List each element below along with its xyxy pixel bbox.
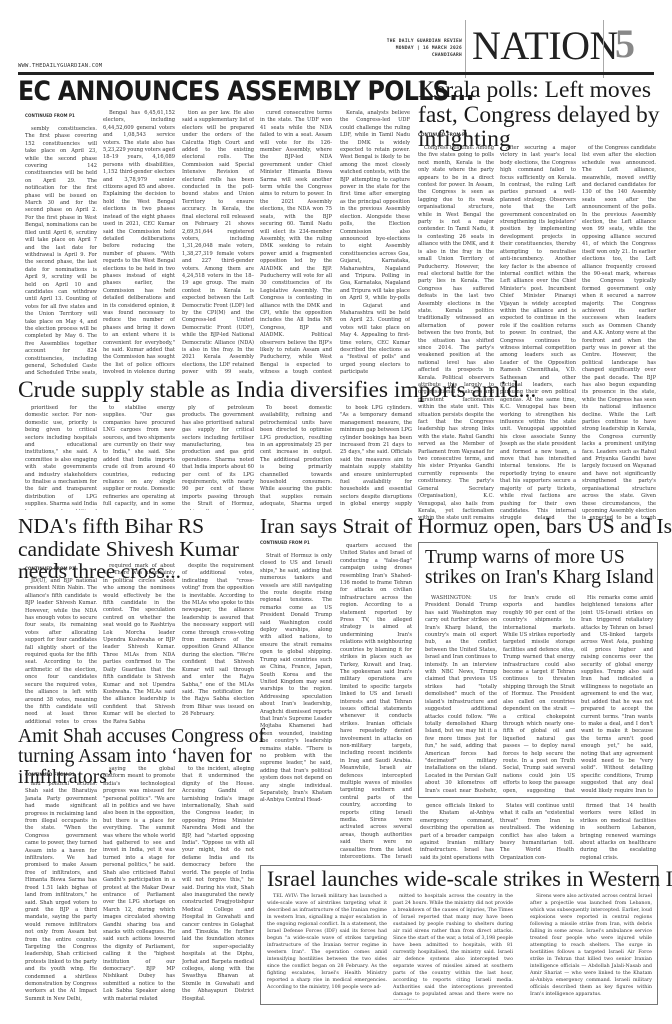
article-column: saying the global platform meant to prom… bbox=[103, 766, 175, 1006]
article-column: to book LPG cylinders. "As a temporary d… bbox=[340, 405, 412, 510]
issue-date: MONDAY | 16 MARCH 2026 bbox=[387, 45, 462, 52]
article-column: tion as per law. He also said a suppleme… bbox=[182, 110, 254, 376]
article-column: ply of petroleum products. The governmen… bbox=[182, 405, 254, 510]
article-column: to the incident, alleging that it underm… bbox=[182, 766, 254, 1006]
article-column: WASHINGTON: US President Donald Trump ha… bbox=[425, 595, 497, 793]
article-column: After securing a major victory in last y… bbox=[500, 145, 576, 520]
headline-crude: Crude supply stable as India diversifies… bbox=[18, 378, 536, 403]
article-column: States will continue until what it calls… bbox=[500, 803, 574, 861]
edition-city: CHANDIGARH bbox=[387, 52, 462, 59]
section-title: NATION bbox=[472, 22, 618, 69]
article-column: TEL AVIV: The Israeli military has launc… bbox=[267, 893, 387, 1000]
article-column: Kerala, analysts believe the Congress-le… bbox=[340, 110, 410, 376]
masthead-divider bbox=[603, 20, 604, 78]
headline-iran: Iran says Strait of Hormuz open, bars US… bbox=[260, 515, 672, 538]
article-column: quarters accused the United States and I… bbox=[340, 543, 412, 858]
article-column: sembly constituencies. The first phase c… bbox=[25, 126, 97, 376]
headline-ec: EC ANNOUNCES ASSEMBLY POLLS... bbox=[18, 78, 474, 106]
article-column: To boost domestic availability, refining… bbox=[260, 405, 332, 510]
paper-name: THE DAILY GUARDIAN REVIEW bbox=[387, 38, 462, 45]
article-column: His remarks come amid heightened tension… bbox=[581, 595, 653, 793]
article-column: to stabilise energy supplies. "Our gas c… bbox=[103, 405, 175, 510]
article-column: Sirens were also activated across centra… bbox=[530, 893, 652, 1000]
article-column: cured consecutive terms in the state. Th… bbox=[260, 110, 332, 376]
article-column: required mark of about 41. There was unc… bbox=[103, 563, 175, 723]
article-column: prioritised for the domestic sector. For… bbox=[25, 405, 97, 510]
article-column: gence officials linked to the Khatam al-… bbox=[420, 803, 494, 861]
article-column: mitted to hospitals across the country i… bbox=[393, 893, 513, 1000]
article-column: JD(U), and BJP national president Nitin … bbox=[25, 578, 97, 723]
masthead-rule bbox=[18, 72, 654, 75]
article-column: despite the requirement of additional vo… bbox=[182, 563, 254, 723]
masthead-meta: THE DAILY GUARDIAN REVIEW MONDAY | 16 MA… bbox=[387, 38, 462, 59]
continued-label: CONTINUED FROM P1 bbox=[25, 566, 75, 571]
continued-label: CONTINUED FROM P1 bbox=[25, 113, 75, 118]
headline-trump: Trump warns of more US strikes on Iran's… bbox=[425, 548, 655, 589]
article-column: Bengal has 6,45,61,152 electors, includi… bbox=[103, 110, 175, 376]
headline-israel: Israel launches wide-scale strikes in We… bbox=[267, 867, 672, 890]
page-number: 5 bbox=[615, 20, 635, 67]
article-column: firmed that 14 health workers were kille… bbox=[580, 803, 656, 861]
headline-kerala: Kerala polls: Left moves fast, Congress … bbox=[418, 78, 672, 152]
continued-label: CONTINUED FROM P1 bbox=[25, 772, 75, 777]
article-column: Strait of Hormuz is only closed to US an… bbox=[260, 553, 332, 858]
article-column: for Iran's crude oil exports and handles… bbox=[503, 595, 575, 793]
article-column: of the Congress candidate list even afte… bbox=[582, 145, 656, 520]
continued-label: CONTINUED FROM P1 bbox=[260, 540, 310, 545]
article-column: and political actions. Shah said the Bha… bbox=[25, 781, 97, 1006]
continued-label: CONTINUED FROM P1 bbox=[418, 132, 468, 137]
website-url: WWW.THEDAILYGUARDIAN.COM bbox=[18, 63, 102, 69]
masthead-divider bbox=[465, 20, 466, 78]
article-column: Congress this time. Among the five state… bbox=[418, 145, 494, 520]
